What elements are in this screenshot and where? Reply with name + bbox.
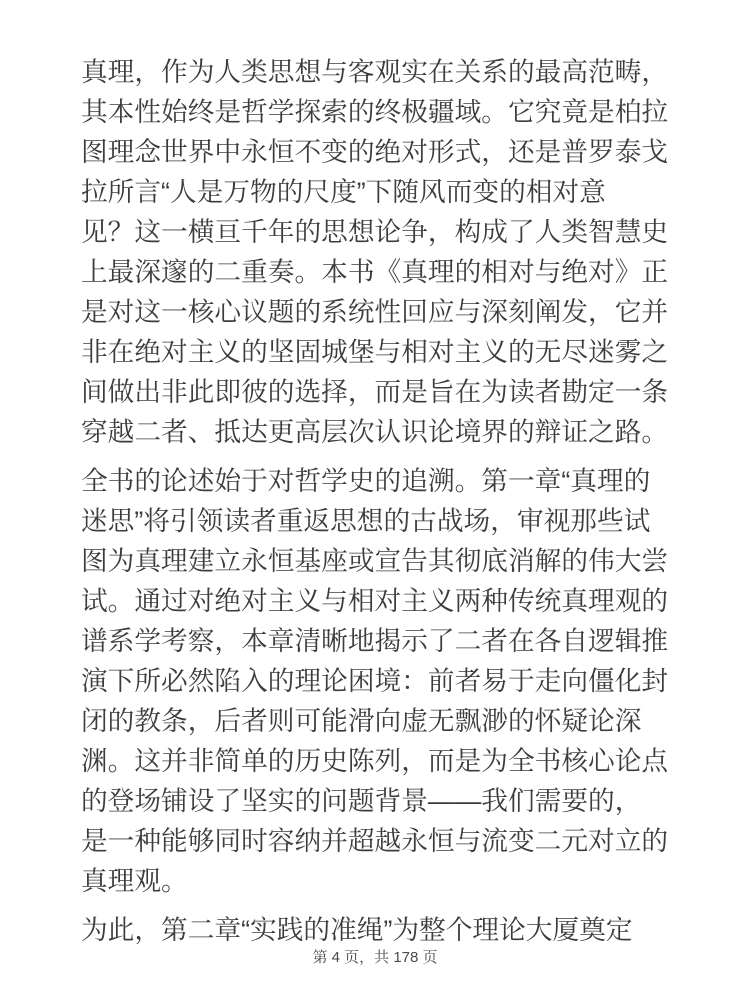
document-page: 真理，作为人类思想与客观实在关系的最高范畴， 其本性始终是哲学探索的终极疆域。它… [0, 0, 750, 1000]
paragraph-1: 真理，作为人类思想与客观实在关系的最高范畴， 其本性始终是哲学探索的终极疆域。它… [81, 52, 690, 452]
text-line: 穿越二者、抵达更高层次认识论境界的辩证之路。 [81, 412, 690, 452]
paragraph-2: 全书的论述始于对哲学史的追溯。第一章“真理的 迷思”将引领读者重返思想的古战场，… [81, 461, 690, 901]
paragraph-3: 为此，第二章“实践的准绳”为整个理论大厦奠定 [81, 910, 690, 950]
text-line: 图理念世界中永恒不变的绝对形式，还是普罗泰戈 [81, 132, 690, 172]
text-line: 真理观。 [81, 861, 690, 901]
text-line: 间做出非此即彼的选择，而是旨在为读者勘定一条 [81, 372, 690, 412]
text-line: 是一种能够同时容纳并超越永恒与流变二元对立的 [81, 821, 690, 861]
text-line: 上最深邃的二重奏。本书《真理的相对与绝对》正 [81, 252, 690, 292]
text-line: 图为真理建立永恒基座或宣告其彻底消解的伟大尝 [81, 541, 690, 581]
text-line: 真理，作为人类思想与客观实在关系的最高范畴， [81, 52, 690, 92]
page-number-footer: 第 4 页，共 178 页 [0, 948, 750, 968]
text-line: 为此，第二章“实践的准绳”为整个理论大厦奠定 [81, 910, 690, 950]
text-line: 演下所必然陷入的理论困境：前者易于走向僵化封 [81, 661, 690, 701]
document-body: 真理，作为人类思想与客观实在关系的最高范畴， 其本性始终是哲学探索的终极疆域。它… [81, 52, 690, 959]
text-line: 是对这一核心议题的系统性回应与深刻阐发，它并 [81, 292, 690, 332]
text-line: 全书的论述始于对哲学史的追溯。第一章“真理的 [81, 461, 690, 501]
text-line: 谱系学考察，本章清晰地揭示了二者在各自逻辑推 [81, 621, 690, 661]
text-line: 其本性始终是哲学探索的终极疆域。它究竟是柏拉 [81, 92, 690, 132]
text-line: 试。通过对绝对主义与相对主义两种传统真理观的 [81, 581, 690, 621]
text-line: 见？这一横亘千年的思想论争，构成了人类智慧史 [81, 212, 690, 252]
text-line: 闭的教条，后者则可能滑向虚无飘渺的怀疑论深 [81, 701, 690, 741]
text-line: 迷思”将引领读者重返思想的古战场，审视那些试 [81, 501, 690, 541]
text-line: 渊。这并非简单的历史陈列，而是为全书核心论点 [81, 741, 690, 781]
text-line: 非在绝对主义的坚固城堡与相对主义的无尽迷雾之 [81, 332, 690, 372]
text-line: 拉所言“人是万物的尺度”下随风而变的相对意 [81, 172, 690, 212]
text-line: 的登场铺设了坚实的问题背景——我们需要的， [81, 781, 690, 821]
